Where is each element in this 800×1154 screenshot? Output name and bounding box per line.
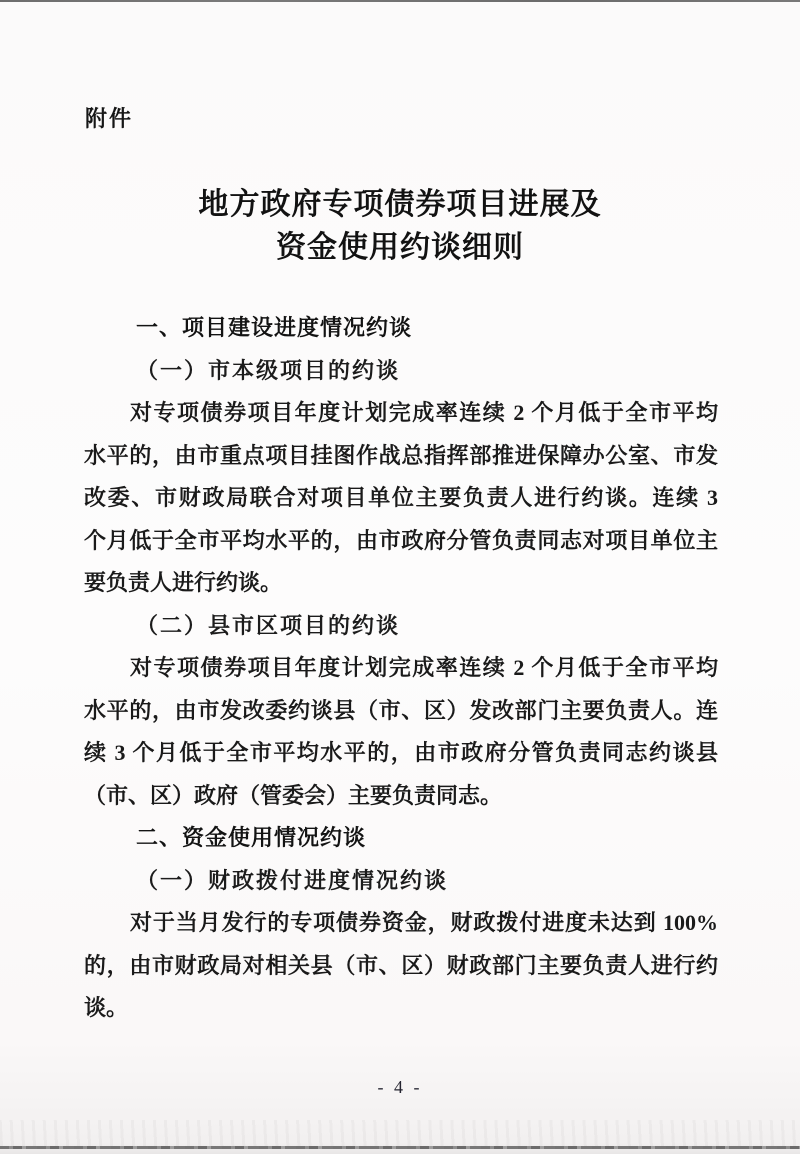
document-title-line-2: 资金使用约谈细则	[0, 226, 800, 269]
paragraph-1-line-2: 水平的，由市重点项目挂图作战总指挥部推进保障办公室、市发	[84, 435, 718, 478]
paragraph-3-line-2: 的，由市财政局对相关县（市、区）财政部门主要负责人进行约	[84, 945, 718, 988]
paragraph-1-line-5: 要负责人进行约谈。	[84, 562, 718, 605]
scan-edge-top	[0, 0, 800, 2]
document-body: 一、项目建设进度情况约谈 （一）市本级项目的约谈 对专项债券项目年度计划完成率连…	[84, 307, 718, 1030]
section-2-subheading-1: （一）财政拨付进度情况约谈	[84, 860, 718, 903]
section-1-heading: 一、项目建设进度情况约谈	[84, 307, 718, 350]
paragraph-2-line-3: 续 3 个月低于全市平均水平的，由市政府分管负责同志约谈县	[84, 732, 718, 775]
section-1-subheading-1: （一）市本级项目的约谈	[84, 350, 718, 393]
page-number: - 4 -	[0, 1077, 800, 1098]
document-title-line-1: 地方政府专项债券项目进展及	[0, 183, 800, 226]
paragraph-1-line-4: 个月低于全市平均水平的，由市政府分管负责同志对项目单位主	[84, 520, 718, 563]
paragraph-2-line-1: 对专项债券项目年度计划完成率连续 2 个月低于全市平均	[84, 647, 718, 690]
document-title: 地方政府专项债券项目进展及 资金使用约谈细则	[0, 183, 800, 269]
scan-edge-bottom	[0, 1146, 800, 1149]
paragraph-2-line-4: （市、区）政府（管委会）主要负责同志。	[84, 775, 718, 818]
scan-noise-band	[0, 1120, 800, 1146]
section-2-heading: 二、资金使用情况约谈	[84, 817, 718, 860]
paragraph-3-line-1: 对于当月发行的专项债券资金，财政拨付进度未达到 100%	[84, 902, 718, 945]
attachment-label: 附件	[85, 102, 133, 133]
scanned-document-page: 附件 地方政府专项债券项目进展及 资金使用约谈细则 一、项目建设进度情况约谈 （…	[0, 0, 800, 1154]
paragraph-1-line-1: 对专项债券项目年度计划完成率连续 2 个月低于全市平均	[84, 392, 718, 435]
paragraph-2-line-2: 水平的，由市发改委约谈县（市、区）发改部门主要负责人。连	[84, 690, 718, 733]
section-1-subheading-2: （二）县市区项目的约谈	[84, 605, 718, 648]
paragraph-1-line-3: 改委、市财政局联合对项目单位主要负责人进行约谈。连续 3	[84, 477, 718, 520]
paragraph-3-line-3: 谈。	[84, 987, 718, 1030]
